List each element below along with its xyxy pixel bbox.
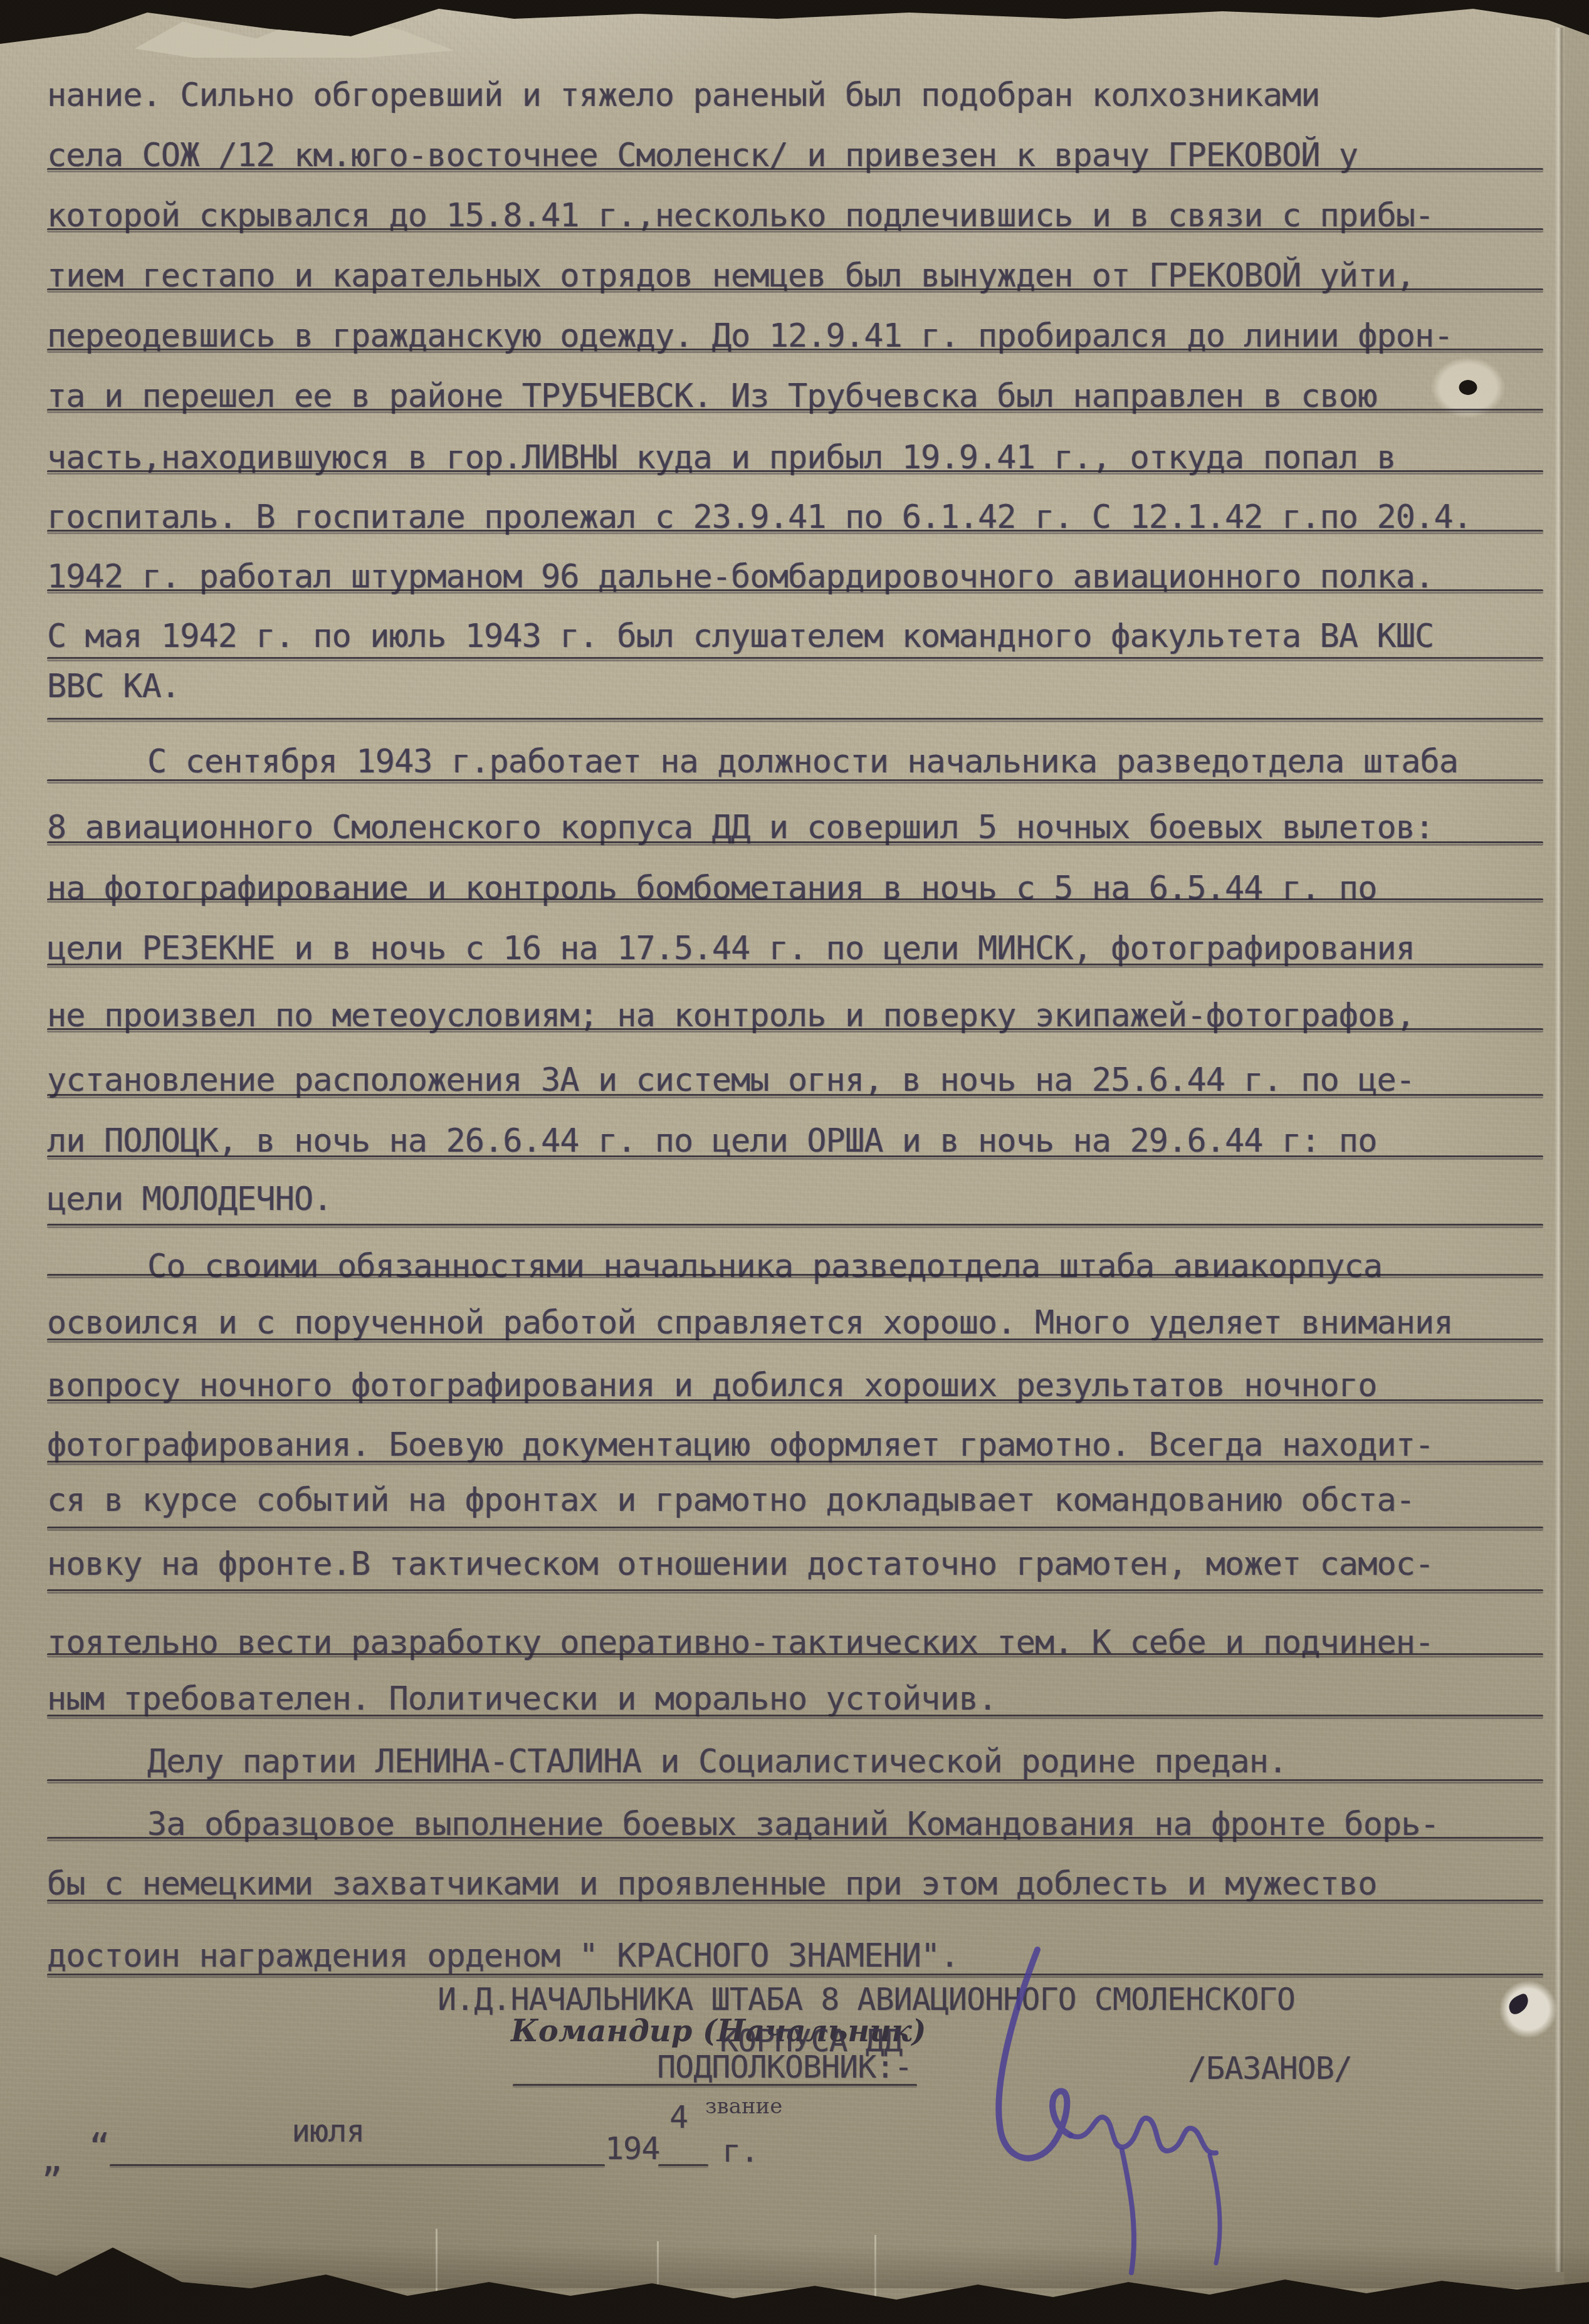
handwritten-signature [940,1906,1291,2295]
text-line: ли ПОЛОЦК, в ночь на 26.6.44 г. по цели … [47,1122,1545,1160]
text-line: бы с немецкими захватчиками и проявленны… [47,1865,1545,1903]
open-quote-mark: „ [41,2139,62,2180]
form-ruled-line [47,1900,1543,1904]
date-year-prefix: 194 [605,2130,659,2167]
text-line: фотографирования. Боевую документацию оф… [47,1426,1545,1464]
form-ruled-line [47,1338,1543,1343]
text-line: 8 авиационного Смоленского корпуса ДД и … [47,809,1545,846]
text-line: цели РЕЗЕКНЕ и в ночь с 16 на 17.5.44 г.… [47,930,1545,967]
year-underline [658,2164,708,2168]
text-line: ся в курсе событий на фронтах и грамотно… [47,1481,1545,1519]
form-ruled-line [47,1399,1543,1404]
document-page: нание. Сильно обгоревший и тяжело ранены… [0,0,1589,2324]
scanned-award-document: { "document": { "language": "Russian", "… [0,0,1589,2324]
form-ruled-line [47,288,1543,293]
rank-underline [513,2084,917,2088]
form-ruled-line [47,779,1543,784]
form-ruled-line [47,1155,1543,1160]
text-line: достоин награждения орденом " КРАСНОГО З… [47,1937,1545,1975]
form-ruled-line [47,1094,1543,1098]
date-year-digit: 4 [669,2099,688,2135]
form-ruled-line [47,841,1543,846]
form-ruled-line [47,1224,1543,1228]
text-line: Со своими обязанностями начальника разве… [47,1248,1589,1285]
date-year-suffix: г. [722,2133,758,2169]
form-ruled-line [47,1974,1543,1978]
form-ruled-line [47,964,1543,968]
form-ruled-line [47,898,1543,903]
text-line: ВВС КА. [47,668,1545,705]
form-ruled-line [47,1589,1543,1594]
form-ruled-line [47,1461,1543,1465]
text-line: освоился и с порученной работой справляе… [47,1304,1545,1342]
form-ruled-line [47,228,1543,233]
form-ruled-line [47,1274,1543,1278]
form-ruled-line [47,1837,1543,1841]
text-line: С сентября 1943 г.работает на должности … [47,743,1589,781]
signer-rank-line: ПОДПОЛКОВНИК:- [657,2049,912,2085]
form-ruled-line [47,1715,1543,1719]
date-month: июля [291,2113,364,2149]
form-ruled-line [47,349,1543,353]
close-quote-mark: “ [89,2127,110,2167]
text-line: Делу партии ЛЕНИНА-СТАЛИНА и Социалистич… [47,1743,1589,1780]
form-ruled-line [47,718,1543,722]
text-line: цели МОЛОДЕЧНО. [47,1180,1545,1218]
text-line: нание. Сильно обгоревший и тяжело ранены… [47,76,1545,114]
form-ruled-line [47,168,1543,172]
form-ruled-line [47,470,1543,475]
form-ruled-line [47,1779,1543,1784]
text-line: вопросу ночного фотографирования и добил… [47,1367,1545,1404]
form-ruled-line [47,530,1543,534]
form-ruled-line [47,409,1543,413]
text-line: установление расположения ЗА и системы о… [47,1061,1545,1099]
text-line: ным требователен. Политически и морально… [47,1680,1545,1718]
form-ruled-line [47,589,1543,594]
text-line: С мая 1942 г. по июль 1943 г. был слушат… [47,618,1545,655]
text-line: новку на фронте.В тактическом отношении … [47,1545,1545,1583]
form-ruled-line [47,1653,1543,1658]
typed-text-layer: нание. Сильно обгоревший и тяжело ранены… [0,0,1589,2324]
form-ruled-line [47,657,1543,661]
date-underline [110,2164,605,2168]
form-ruled-line [47,1028,1543,1033]
rank-caption: звание [705,2094,782,2119]
form-ruled-line [47,1527,1543,1531]
